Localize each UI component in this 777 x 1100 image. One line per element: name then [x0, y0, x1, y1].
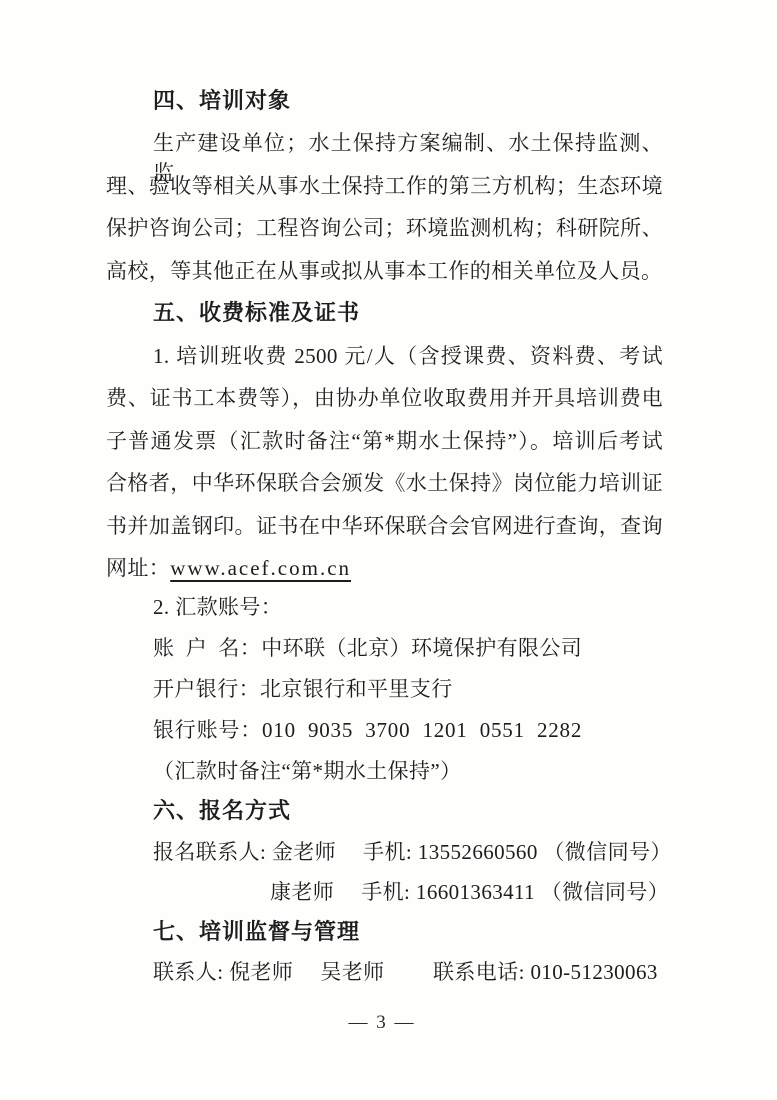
section4-para-line: 理、验收等相关从事水土保持工作的第三方机构；生态环境	[106, 171, 663, 201]
website-line: 网址：www.acef.com.cn	[106, 553, 663, 583]
website-label: 网址：	[106, 556, 170, 580]
account-number-line: 银行账号：010 9035 3700 1201 0551 2282	[106, 715, 663, 745]
section5-item1-line: 子普通发票（汇款时备注“第*期水土保持”）。培训后考试	[106, 426, 663, 456]
bank-branch-line: 开户银行：北京银行和平里支行	[106, 674, 663, 704]
document-page: 四、培训对象 生产建设单位；水土保持方案编制、水土保持监测、监 理、验收等相关从…	[0, 0, 777, 1100]
supervision-contact-line: 联系人: 倪老师 吴老师 联系电话: 010-51230063	[106, 957, 663, 987]
section7-heading: 七、培训监督与管理	[106, 917, 663, 947]
website-link[interactable]: www.acef.com.cn	[170, 556, 351, 580]
section5-heading: 五、收费标准及证书	[106, 298, 663, 328]
section5-item1-line: 费、证书工本费等），由协办单位收取费用并开具培训费电	[106, 383, 663, 413]
section5-item1-line: 书并加盖钢印。证书在中华环保联合会官网进行查询，查询	[106, 511, 663, 541]
document-body: 四、培训对象 生产建设单位；水土保持方案编制、水土保持监测、监 理、验收等相关从…	[106, 0, 663, 1100]
registration-contact-line-2: 康老师 手机: 16601363411 （微信同号）	[106, 877, 663, 907]
section6-heading: 六、报名方式	[106, 796, 663, 826]
remit-account-heading: 2. 汇款账号：	[106, 592, 663, 622]
registration-contact-line-1: 报名联系人: 金老师 手机: 13552660560 （微信同号）	[106, 837, 663, 867]
section5-item1-line: 1. 培训班收费 2500 元/人（含授课费、资料费、考试	[106, 341, 663, 371]
account-name-line: 账 户 名：中环联（北京）环境保护有限公司	[106, 633, 663, 663]
page-number: — 3 —	[0, 1012, 764, 1034]
section4-para-line: 保护咨询公司；工程咨询公司；环境监测机构；科研院所、	[106, 213, 663, 243]
section4-heading: 四、培训对象	[106, 86, 663, 116]
remit-note-line: （汇款时备注“第*期水土保持”）	[106, 756, 663, 786]
section5-item1-line: 合格者，中华环保联合会颁发《水土保持》岗位能力培训证	[106, 468, 663, 498]
section4-para-line: 高校，等其他正在从事或拟从事本工作的相关单位及人员。	[106, 256, 663, 286]
